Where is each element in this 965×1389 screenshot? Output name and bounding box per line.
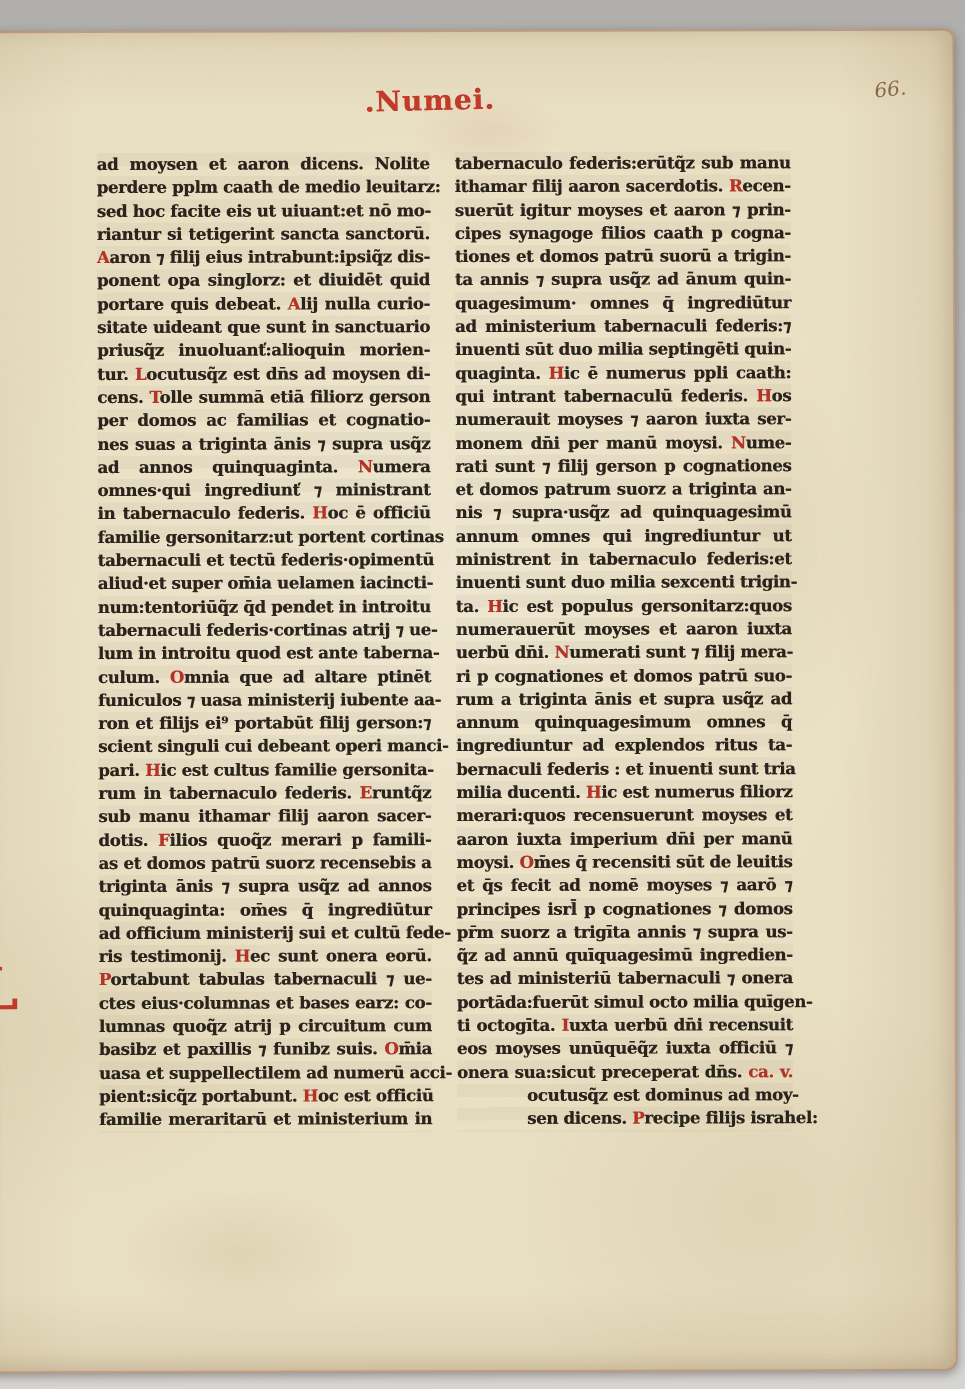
- rubricated-text: T: [149, 388, 159, 407]
- text-line: suerūt igitur moyses et aaron ⁊ prin-: [455, 198, 791, 222]
- rubricated-text: N: [358, 457, 373, 476]
- text-line: triginta ānis ⁊ supra usq̃z ad annos: [98, 874, 431, 898]
- rubricated-text: E: [360, 783, 372, 802]
- rubricated-text: O: [384, 1039, 398, 1058]
- text-line: priusq̃z inuoluanť:alioquin morien-: [97, 338, 430, 362]
- text-line: sed hoc facite eis ut uiuant:et nō mo-: [97, 199, 430, 223]
- rubricated-text: P: [99, 970, 111, 989]
- rubricated-text: N: [731, 433, 746, 452]
- text-line: Portabunt tabulas tabernaculi ⁊ ue-: [99, 967, 432, 991]
- text-line: aliud·et super om̄ia uelamen iacincti-: [98, 571, 431, 595]
- text-line: numerauerūt moyses et aaron iuxta: [456, 617, 792, 641]
- text-line: perdere pplm caath de medio leuitarz:: [97, 175, 430, 199]
- running-title: .Numei.: [364, 83, 495, 119]
- text-line: tes ad ministeriū tabernaculi ⁊ onera: [457, 967, 793, 991]
- rubricated-text: F: [158, 830, 169, 849]
- text-line: lum in introitu quod est ante taberna-: [98, 641, 431, 665]
- rubricated-text: P: [632, 1109, 644, 1128]
- rubricated-text: H: [586, 783, 601, 802]
- text-line: ri p cognationes et domos patrū suo-: [456, 664, 792, 688]
- text-line: cens. Tolle summā etiā filiorz gerson: [97, 385, 430, 409]
- text-line: merari:quos recensuerunt moyses et: [456, 803, 792, 827]
- text-line: nis ⁊ supra·usq̃z ad quinquagesimū: [455, 501, 791, 525]
- text-line: milia ducenti. Hic est numerus filiorz: [456, 780, 792, 804]
- text-line: rum a triginta ānis et supra usq̃z ad: [456, 687, 792, 711]
- text-line: portare quis debeat. Alij nulla curio-: [97, 292, 430, 316]
- text-line: monem dn̄i per manū moysi. Nume-: [455, 431, 791, 455]
- text-line: sub manu ithamar filij aaron sacer-: [98, 804, 431, 828]
- parchment-stain: [109, 1182, 369, 1323]
- text-line: aaron iuxta imperium dn̄i per manū: [456, 827, 792, 851]
- text-line: familie gersonitarz:ut portent cortinas: [98, 525, 431, 549]
- text-line: lumnas quoq̃z atrij p circuitum cum: [99, 1014, 432, 1038]
- text-line: culum. Omnia que ad altare ptinēt: [98, 665, 431, 689]
- text-line: eos moyses unūquēq̃z iuxta officiū ⁊: [457, 1036, 793, 1060]
- text-line: rum in tabernaculo federis. Eruntq̃z: [98, 781, 431, 805]
- text-line: pient:sicq̃z portabunt. Hoc est officiū: [99, 1084, 432, 1108]
- text-line: tabernaculo federis:erūtq̃z sub manu: [455, 151, 791, 175]
- text-line: ingrediuntur ad explendos ritus ta-: [456, 734, 792, 758]
- text-line: quaginta. Hic ē numerus ppli caath:: [455, 361, 791, 385]
- rubricated-text: N: [554, 643, 569, 662]
- text-line: inuenti sūt duo milia septingēti quin-: [455, 338, 791, 362]
- text-line: nes suas a triginta ānis ⁊ supra usq̃z: [97, 432, 430, 456]
- text-line: rati sunt ⁊ filij gerson p cognationes: [455, 454, 791, 478]
- text-line: inuenti sunt duo milia sexcenti trigin-: [456, 571, 792, 595]
- text-line: as et domos patrū suorz recensebis a: [98, 851, 431, 875]
- manuscript-page: .Numei. 66. ad moysen et aaron dicens. N…: [0, 29, 958, 1374]
- text-line: q̃z ad annū quīquagesimū ingredien-: [457, 943, 793, 967]
- text-line: uasa et suppellectilem ad numerū acci-: [99, 1061, 432, 1085]
- rubricated-text: A: [97, 248, 110, 267]
- rubricated-text: H: [548, 363, 563, 382]
- text-line: basibz et paxillis ⁊ funibz suis. Om̄ia: [99, 1037, 432, 1061]
- folio-number: 66.: [873, 75, 907, 102]
- text-line: ris testimonij. Hec sunt onera eorū.: [99, 944, 432, 968]
- text-line: uerbū dn̄i. Numerati sunt ⁊ filij mera-: [456, 640, 792, 664]
- text-line: ti octogīta. Iuxta uerbū dn̄i recensuit: [457, 1013, 793, 1037]
- text-line: onera sua:sicut preceperat dn̄s. ca. v.: [457, 1060, 793, 1084]
- rubricated-text: A: [288, 294, 301, 313]
- rubricated-text: H: [303, 1086, 318, 1105]
- text-line: tiones et domos patrū suorū a trigin-: [455, 244, 791, 268]
- rubricated-text: L: [135, 365, 146, 384]
- text-line: familie meraritarū et ministerium in: [99, 1107, 432, 1131]
- text-column-right: tabernaculo federis:erūtq̃z sub manuitha…: [455, 151, 794, 1132]
- text-line: bernaculi federis : et inuenti sunt tria: [456, 757, 792, 781]
- text-line: et domos patrum suorz a triginta an-: [455, 477, 791, 501]
- text-line: ponent opa singlorz: et diuidēt quid: [97, 269, 430, 293]
- rubricated-text: ca. v.: [748, 1062, 793, 1081]
- text-line: annum quinquagesimum omnes q̄: [456, 710, 792, 734]
- text-line: ta annis ⁊ supra usq̃z ad ānum quin-: [455, 268, 791, 292]
- text-line: ad annos quinquaginta. Numera: [97, 455, 430, 479]
- text-line: ministrent in tabernaculo federis:et: [456, 547, 792, 571]
- text-line: ron et filijs ei⁹ portabūt filij gerson:…: [98, 711, 431, 735]
- text-line: portāda:fuerūt simul octo milia quīgen-: [457, 990, 793, 1014]
- text-line: quinquaginta: om̄es q̄ ingrediūtur: [99, 898, 432, 922]
- text-line: scient singuli cui debeant operi manci-: [98, 735, 431, 759]
- rubricated-text: H: [312, 504, 327, 523]
- rubricated-text: H: [235, 947, 250, 966]
- rubricated-text: O: [519, 853, 533, 872]
- text-line: pari. Hic est cultus familie gersonita-: [98, 758, 431, 782]
- text-column-left: ad moysen et aaron dicens. Noliteperdere…: [97, 152, 433, 1133]
- text-line: tabernaculi et tectū federis·opimentū: [98, 548, 431, 572]
- text-line: tabernaculi federis·cortinas atrij ⁊ ue-: [98, 618, 431, 642]
- text-line: Aaron ⁊ filij eius intrabunt:ipsiq̃z dis…: [97, 245, 430, 269]
- text-line: funiculos ⁊ uasa ministerij iubente aa-: [98, 688, 431, 712]
- text-line: ocutusq̃z est dominus ad moy-: [457, 1083, 793, 1107]
- text-line: et q̄s fecit ad nomē moyses ⁊ aarō ⁊: [456, 873, 792, 897]
- text-line: quagesimum· omnes q̄ ingrediūtur: [455, 291, 791, 315]
- rubricated-text: H: [756, 386, 771, 405]
- text-line: num:tentoriūq̃z q̄d pendet in introitu: [98, 595, 431, 619]
- text-line: in tabernaculo federis. Hoc ē officiū: [97, 502, 430, 526]
- text-line: sen dicens. Precipe filijs israhel:: [457, 1106, 793, 1130]
- text-line: per domos ac familias et cognatio-: [97, 408, 430, 432]
- text-line: ithamar filij aaron sacerdotis. Recen-: [455, 174, 791, 198]
- text-line: annum omnes qui ingrediuntur ut: [456, 524, 792, 548]
- text-line: qui intrant tabernaculū federis. Hos: [455, 384, 791, 408]
- text-line: moysi. Om̄es q̄ recensiti sūt de leuitis: [456, 850, 792, 874]
- rubricated-text: I: [561, 1016, 568, 1035]
- text-line: tur. Locutusq̃z est dn̄s ad moysen di-: [97, 362, 430, 386]
- text-line: sitate uideant que sunt in sanctuario: [97, 315, 430, 339]
- text-line: cipes synagoge filios caath p cogna-: [455, 221, 791, 245]
- text-line: ad ministerium tabernaculi federis:⁊: [455, 314, 791, 338]
- text-line: ctes eius·columnas et bases earz: co-: [99, 991, 432, 1015]
- text-line: numerauit moyses ⁊ aaron iuxta ser-: [455, 407, 791, 431]
- text-line: ad officium ministerij sui et cultū fede…: [99, 921, 432, 945]
- text-line: pr̄m suorz a trigīta annis ⁊ supra us-: [457, 920, 793, 944]
- text-line: riantur si tetigerint sancta sanctorū.: [97, 222, 430, 246]
- text-line: ta. Hic est populus gersonitarz:quos: [456, 594, 792, 618]
- text-line: omnes·qui ingrediunť ⁊ ministrant: [97, 478, 430, 502]
- text-line: dotis. Filios quoq̃z merari p famili-: [98, 828, 431, 852]
- text-line: ad moysen et aaron dicens. Nolite: [97, 152, 430, 176]
- text-line: principes isrl̄ p cognationes ⁊ domos: [457, 897, 793, 921]
- rubricated-text: R: [729, 177, 742, 196]
- drop-cap-initial: L: [0, 965, 47, 1017]
- rubricated-text: H: [487, 597, 502, 616]
- rubricated-text: H: [145, 761, 160, 780]
- rubricated-text: O: [170, 667, 184, 686]
